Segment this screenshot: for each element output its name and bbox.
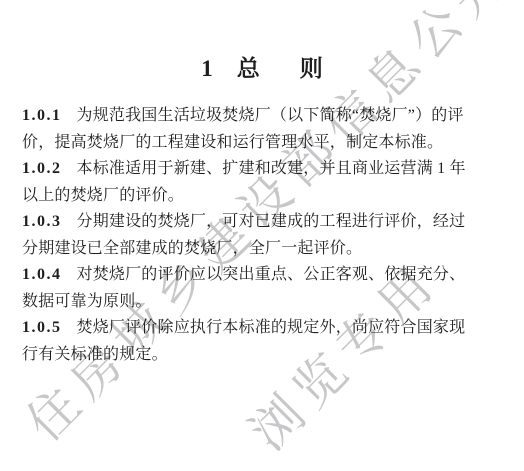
chapter-number: 1 <box>201 56 213 81</box>
chapter-title-char-2: 则 <box>300 56 323 81</box>
clause-number: 1.0.5 <box>22 319 62 336</box>
clause-text: 以上的焚烧厂的评价。 <box>22 187 184 204</box>
clause-number: 1.0.1 <box>22 107 62 124</box>
clause-line: 行有关标准的规定。 <box>22 342 494 369</box>
clause-line: 1.0.3分期建设的焚烧厂，可对已建成的工程进行评价，经过 <box>22 209 494 236</box>
clause-line: 数据可靠为原则。 <box>22 289 494 316</box>
clause-text: 行有关标准的规定。 <box>22 346 168 363</box>
clause-text: 为规范我国生活垃圾焚烧厂（以下简称“焚烧厂”）的评 <box>77 107 464 124</box>
clause-number: 1.0.4 <box>22 266 62 283</box>
clause-line: 1.0.5焚烧厂评价除应执行本标准的规定外，尚应符合国家现 <box>22 315 494 342</box>
clause-line: 价，提高焚烧厂的工程建设和运行管理水平，制定本标准。 <box>22 130 494 157</box>
clause-text: 数据可靠为原则。 <box>22 293 152 310</box>
clause-number: 1.0.2 <box>22 160 62 177</box>
clause-line: 以上的焚烧厂的评价。 <box>22 183 494 210</box>
clause-text: 对焚烧厂的评价应以突出重点、公正客观、依据充分、 <box>77 266 466 283</box>
chapter-title: 1总则 <box>0 50 524 83</box>
clause-text: 分期建设已全部建成的焚烧厂，全厂一起评价。 <box>22 240 362 257</box>
clause-line: 1.0.4对焚烧厂的评价应以突出重点、公正客观、依据充分、 <box>22 262 494 289</box>
clause-list: 1.0.1为规范我国生活垃圾焚烧厂（以下简称“焚烧厂”）的评 价，提高焚烧厂的工… <box>22 103 494 368</box>
clause-text: 焚烧厂评价除应执行本标准的规定外，尚应符合国家现 <box>77 319 466 336</box>
clause-line: 1.0.1为规范我国生活垃圾焚烧厂（以下简称“焚烧厂”）的评 <box>22 103 494 130</box>
clause-line: 1.0.2本标准适用于新建、扩建和改建，并且商业运营满 1 年 <box>22 156 494 183</box>
clause-text: 本标准适用于新建、扩建和改建，并且商业运营满 1 年 <box>77 160 466 177</box>
clause-number: 1.0.3 <box>22 213 62 230</box>
chapter-title-char-1: 总 <box>237 56 260 81</box>
document-page: 住房城乡建设部信息公开 浏览专用 1总则 1.0.1为规范我国生活垃圾焚烧厂（以… <box>0 0 524 471</box>
clause-line: 分期建设已全部建成的焚烧厂，全厂一起评价。 <box>22 236 494 263</box>
clause-text: 分期建设的焚烧厂，可对已建成的工程进行评价，经过 <box>77 213 466 230</box>
clause-text: 价，提高焚烧厂的工程建设和运行管理水平，制定本标准。 <box>22 134 443 151</box>
